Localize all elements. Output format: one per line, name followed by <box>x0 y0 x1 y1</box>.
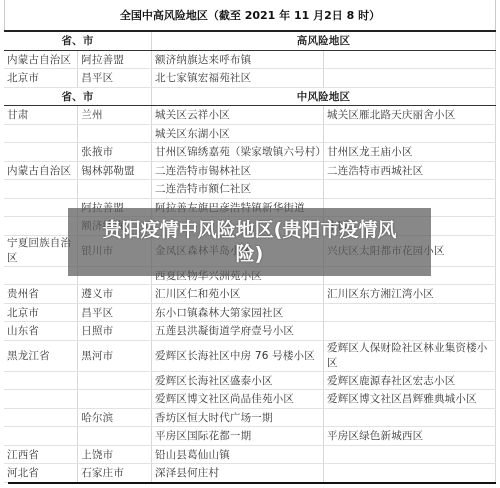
medium-risk-header-row: 省、市 中风险地区 <box>4 87 496 106</box>
area-cell: 爱辉区长海社区盛泰小区 <box>152 371 324 390</box>
area-cell: 铅山县葛仙山镇 <box>152 445 324 464</box>
area-cell <box>324 408 496 427</box>
province-cell: 内蒙古自治区 <box>4 50 78 69</box>
table-row: 山东省日照市五莲县洪凝街道学府壹号小区 <box>4 322 496 341</box>
area-cell: 东小口镇森林大第家园社区 <box>152 303 324 322</box>
high-risk-header: 高风险地区 <box>152 31 496 50</box>
city-cell: 日照市 <box>78 322 152 341</box>
province-cell: 内蒙古自治区 <box>4 161 78 180</box>
area-cell: 汇川区东方湘江湾小区 <box>324 285 496 304</box>
area-cell: 二连浩特市西城社区 <box>324 161 496 180</box>
area-cell <box>324 322 496 341</box>
province-cell: 宁夏回族自治区 <box>4 235 78 266</box>
city-cell: 昌平区 <box>78 303 152 322</box>
area-cell: 甘州区龙王庙小区 <box>324 143 496 162</box>
table-row: 内蒙古自治区 阿拉善盟 额济纳旗达来呼布镇 <box>4 50 496 69</box>
city-cell <box>78 124 152 143</box>
area-cell: 北七家镇宏福苑社区 <box>152 69 324 88</box>
province-cell: 江西省 <box>4 445 78 464</box>
province-cell: 黑龙江省 <box>4 340 78 371</box>
area-cell <box>324 303 496 322</box>
province-cell: 北京市 <box>4 69 78 88</box>
table-bottom-border <box>8 482 496 484</box>
area-cell: 爱辉区博文社区尚品佳苑小区 <box>152 390 324 409</box>
overlay-line-1: 贵阳疫情中风险地区(贵阳市疫情风 <box>103 218 397 242</box>
area-cell: 深泽县何庄村 <box>152 464 324 483</box>
province-cell <box>4 217 78 236</box>
medium-risk-rows: 甘肃兰州城关区云祥小区城关区雁北路天庆丽舍小区城关区东湖小区张掖市甘州区锦绣嘉苑… <box>4 106 496 483</box>
table-row: 贵州省遵义市汇川区仁和苑小区汇川区东方湘江湾小区 <box>4 285 496 304</box>
province-cell <box>4 266 78 285</box>
province-cell: 山东省 <box>4 322 78 341</box>
region-header: 省、市 <box>4 87 152 106</box>
province-cell <box>4 198 78 217</box>
table-row: 哈尔滨香坊区恒大时代广场一期 <box>4 408 496 427</box>
area-cell: 爱辉区博文社区昌辉雅典城小区 <box>324 390 496 409</box>
area-cell <box>324 180 496 199</box>
city-cell: 昌平区 <box>78 69 152 88</box>
table-row: 平房区国际花都一期平房区绿色新城西区 <box>4 427 496 446</box>
city-cell: 上饶市 <box>78 445 152 464</box>
province-cell: 北京市 <box>4 303 78 322</box>
area-cell <box>324 69 496 88</box>
city-cell <box>78 390 152 409</box>
province-cell: 河北省 <box>4 464 78 483</box>
city-cell <box>78 427 152 446</box>
high-risk-header-row: 省、市 高风险地区 <box>4 31 496 50</box>
province-cell <box>4 427 78 446</box>
table-row: 城关区东湖小区 <box>4 124 496 143</box>
city-cell: 兰州 <box>78 106 152 125</box>
city-cell: 哈尔滨 <box>78 408 152 427</box>
province-cell <box>4 390 78 409</box>
overlay-line-2: 险) <box>236 242 264 266</box>
province-cell <box>4 371 78 390</box>
area-cell: 汇川区仁和苑小区 <box>152 285 324 304</box>
region-header: 省、市 <box>4 31 152 50</box>
province-cell <box>4 408 78 427</box>
area-cell: 城关区雁北路天庆丽舍小区 <box>324 106 496 125</box>
area-cell: 城关区东湖小区 <box>152 124 324 143</box>
area-cell: 甘州区锦绣嘉苑（梁家墩镇六号村） <box>152 143 324 162</box>
province-cell <box>4 124 78 143</box>
area-cell: 爱辉区长海社区中房 76 号楼小区 <box>152 340 324 371</box>
city-cell: 遵义市 <box>78 285 152 304</box>
province-cell: 贵州省 <box>4 285 78 304</box>
table-row: 河北省石家庄市深泽县何庄村 <box>4 464 496 483</box>
area-cell: 爱辉区鹿源春社区宏志小区 <box>324 371 496 390</box>
city-cell <box>78 180 152 199</box>
table-row: 江西省上饶市铅山县葛仙山镇 <box>4 445 496 464</box>
province-cell <box>4 180 78 199</box>
table-row: 爱辉区博文社区尚品佳苑小区爱辉区博文社区昌辉雅典城小区 <box>4 390 496 409</box>
table-row: 二连浩特市额仁社区 <box>4 180 496 199</box>
area-cell: 五莲县洪凝街道学府壹号小区 <box>152 322 324 341</box>
area-cell: 爱辉区人保财险社区林业集资楼小区 <box>324 340 496 371</box>
sheet-title: 全国中高风险地区（截至 2021 年 11 月2日 8 时） <box>4 0 496 30</box>
table-row: 甘肃兰州城关区云祥小区城关区雁北路天庆丽舍小区 <box>4 106 496 125</box>
area-cell: 二连浩特市锡林社区 <box>152 161 324 180</box>
province-cell <box>4 143 78 162</box>
area-cell: 平房区绿色新城西区 <box>324 427 496 446</box>
city-cell: 阿拉善盟 <box>78 50 152 69</box>
city-cell: 石家庄市 <box>78 464 152 483</box>
area-cell <box>324 464 496 483</box>
area-cell <box>324 50 496 69</box>
area-cell: 额济纳旗达来呼布镇 <box>152 50 324 69</box>
table-row: 北京市 昌平区 北七家镇宏福苑社区 <box>4 69 496 88</box>
province-cell: 甘肃 <box>4 106 78 125</box>
table-row: 北京市昌平区东小口镇森林大第家园社区 <box>4 303 496 322</box>
area-cell <box>324 445 496 464</box>
table-row: 内蒙古自治区锡林郭勒盟二连浩特市锡林社区二连浩特市西城社区 <box>4 161 496 180</box>
city-cell: 黑河市 <box>78 340 152 371</box>
city-cell: 张掖市 <box>78 143 152 162</box>
table-row: 张掖市甘州区锦绣嘉苑（梁家墩镇六号村）甘州区龙王庙小区 <box>4 143 496 162</box>
table-row: 爱辉区长海社区盛泰小区爱辉区鹿源春社区宏志小区 <box>4 371 496 390</box>
area-cell <box>324 124 496 143</box>
area-cell: 香坊区恒大时代广场一期 <box>152 408 324 427</box>
area-cell: 城关区云祥小区 <box>152 106 324 125</box>
area-cell: 二连浩特市额仁社区 <box>152 180 324 199</box>
table-row: 黑龙江省黑河市爱辉区长海社区中房 76 号楼小区爱辉区人保财险社区林业集资楼小区 <box>4 340 496 371</box>
medium-risk-header: 中风险地区 <box>152 87 496 106</box>
city-cell <box>78 371 152 390</box>
city-cell: 锡林郭勒盟 <box>78 161 152 180</box>
caption-overlay: 贵阳疫情中风险地区(贵阳市疫情风 险) <box>68 208 431 276</box>
area-cell: 平房区国际花都一期 <box>152 427 324 446</box>
